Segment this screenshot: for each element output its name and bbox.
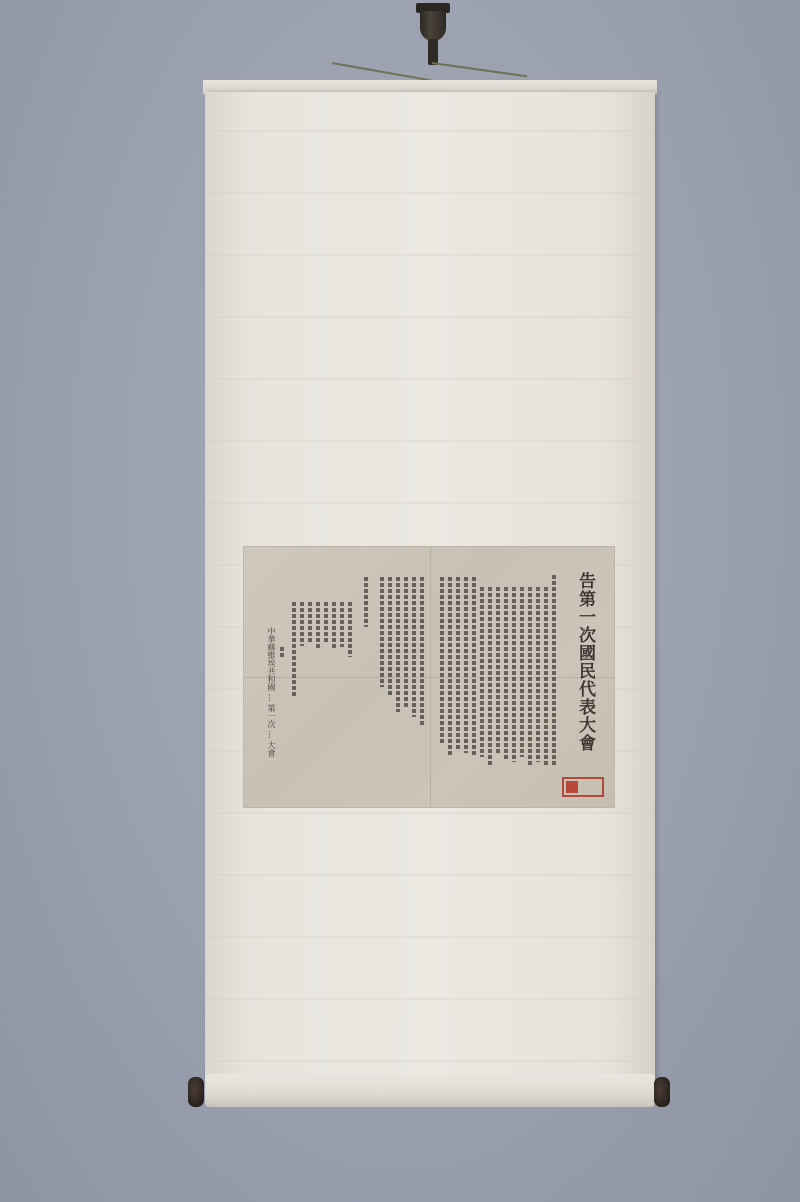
text-column <box>544 587 548 767</box>
text-column <box>412 577 416 717</box>
text-column <box>380 577 384 687</box>
text-column <box>448 577 452 755</box>
document-title: 告第一次國民代表大會 <box>574 572 596 772</box>
text-column <box>536 587 540 762</box>
text-column <box>552 575 556 765</box>
hook-neck <box>428 39 438 65</box>
text-column <box>456 577 460 749</box>
seal-mark <box>566 781 578 793</box>
rod-knob-left <box>188 1077 204 1107</box>
text-column <box>520 587 524 757</box>
text-column <box>472 577 476 757</box>
text-column <box>420 577 424 727</box>
text-column <box>488 587 492 765</box>
hook-body <box>420 11 446 41</box>
text-column <box>512 587 516 762</box>
text-column <box>464 577 468 753</box>
text-column <box>388 577 392 697</box>
rod-knob-right <box>654 1077 670 1107</box>
hanging-hook <box>416 3 450 63</box>
hanging-string-right <box>432 62 527 77</box>
text-column <box>348 602 352 657</box>
red-seal <box>562 777 604 797</box>
fold-line <box>244 677 614 678</box>
scroll-bottom-rod <box>205 1074 655 1107</box>
hanging-string-left <box>332 62 431 81</box>
text-column <box>332 602 336 650</box>
text-column <box>440 577 444 745</box>
text-column <box>480 587 484 757</box>
text-column <box>308 602 312 642</box>
text-column <box>316 602 320 648</box>
text-column <box>280 647 284 659</box>
text-column <box>504 587 508 759</box>
text-column <box>324 602 328 644</box>
text-column <box>364 577 368 627</box>
text-column <box>300 602 304 646</box>
text-column <box>528 587 532 765</box>
text-column <box>340 602 344 647</box>
text-column <box>496 587 500 755</box>
document-sheet: 告第一次國民代表大會 中華蘇維埃共和國 … 第一次 … 大會 <box>244 547 614 807</box>
text-column <box>404 577 408 707</box>
text-column <box>396 577 400 712</box>
text-column <box>292 602 296 697</box>
document-signature: 中華蘇維埃共和國 … 第一次 … 大會 <box>266 627 276 797</box>
